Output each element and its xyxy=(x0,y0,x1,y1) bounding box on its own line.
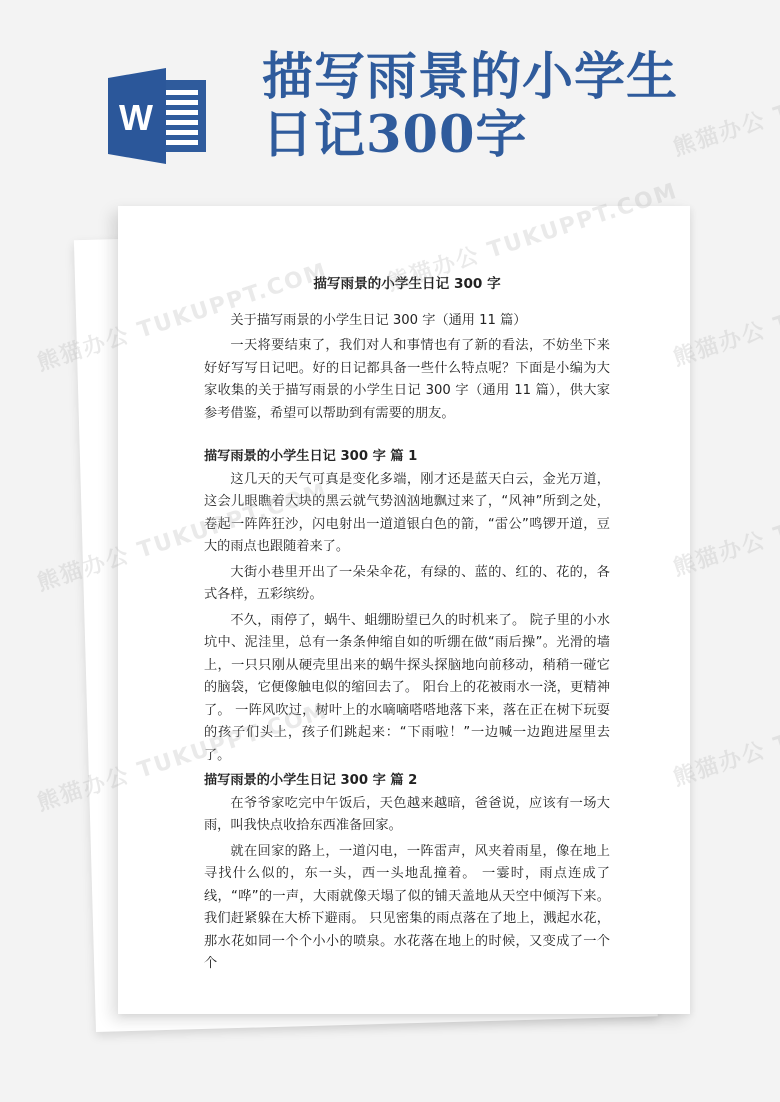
intro-paragraph: 一天将要结束了，我们对人和事情也有了新的看法，不妨坐下来好好写写日记吧。好的日记… xyxy=(204,335,610,425)
svg-text:W: W xyxy=(119,97,153,138)
intro-line: 关于描写雨景的小学生日记 300 字（通用 11 篇） xyxy=(204,310,610,333)
paragraph: 大街小巷里开出了一朵朵伞花，有绿的、蓝的、红的、花的，各式各样，五彩缤纷。 xyxy=(204,562,610,607)
paragraph: 这几天的天气可真是变化多端，刚才还是蓝天白云，金光万道，这会儿眼瞧着大块的黑云就… xyxy=(204,469,610,559)
page-title: 描写雨景的小学生 日记300字 xyxy=(262,48,762,164)
title-line-1: 描写雨景的小学生 xyxy=(262,48,762,106)
section-heading: 描写雨景的小学生日记 300 字 篇 2 xyxy=(204,770,610,793)
word-document-icon: W xyxy=(108,68,212,164)
paragraph: 在爷爷家吃完中午饭后，天色越来越暗，爸爸说，应该有一场大雨，叫我快点收拾东西准备… xyxy=(204,793,610,838)
paragraph: 不久，雨停了，蜗牛、蛆绷盼望已久的时机来了。 院子里的小水坑中、泥洼里，总有一条… xyxy=(204,610,610,768)
document-header: W 描写雨景的小学生 日记300字 xyxy=(0,0,780,200)
document-title: 描写雨景的小学生日记 300 字 xyxy=(204,273,610,296)
document-body: 描写雨景的小学生日记 300 字 关于描写雨景的小学生日记 300 字（通用 1… xyxy=(204,273,610,979)
paragraph: 就在回家的路上，一道闪电，一阵雷声，风夹着雨星，像在地上寻找什么似的，东一头，西… xyxy=(204,841,610,976)
section-heading: 描写雨景的小学生日记 300 字 篇 1 xyxy=(204,446,610,469)
title-line-2: 日记300字 xyxy=(262,106,762,164)
